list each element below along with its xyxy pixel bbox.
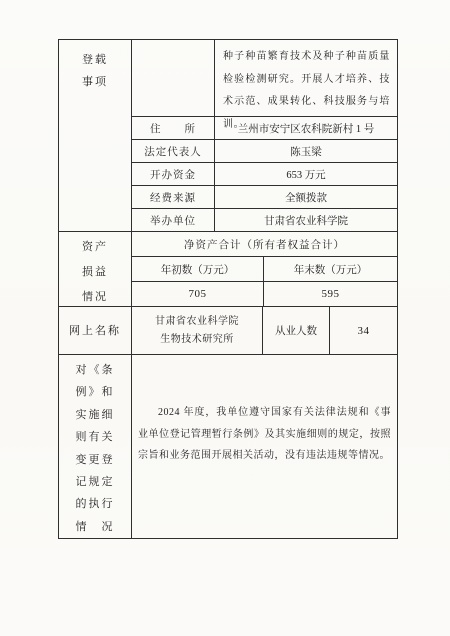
legal-representative-label: 法定代表人	[132, 140, 214, 162]
sponsor-unit-value: 甘肃省农业科学院	[214, 209, 397, 231]
year-end-header: 年末数（万元）	[263, 257, 397, 281]
funding-source-label: 经费来源	[132, 186, 214, 208]
business-scope-row: 种子种苗繁育技术及种子种苗质量检验检测研究。开展人才培养、技术示范、成果转化、科…	[132, 40, 397, 116]
compliance-statement: 2024 年度，我单位遵守国家有关法律法规和《事业单位登记管理暂行条例》及其实施…	[132, 355, 397, 538]
online-name-label: 网上名称	[59, 307, 132, 354]
opening-funds-value: 653 万元	[214, 163, 397, 185]
legal-representative-value: 陈玉梁	[214, 140, 397, 162]
sponsor-unit-row: 举办单位 甘肃省农业科学院	[132, 208, 397, 231]
business-scope-value: 种子种苗繁育技术及种子种苗质量检验检测研究。开展人才培养、技术示范、成果转化、科…	[214, 40, 397, 116]
online-name-value: 甘肃省农业科学院生物技术研究所	[132, 307, 262, 354]
registered-items-section: 登载事项 种子种苗繁育技术及种子种苗质量检验检测研究。开展人才培养、技术示范、成…	[59, 40, 397, 231]
address-row: 住 所 兰州市安宁区农科院新村 1 号	[132, 116, 397, 139]
funding-source-value: 全额拨款	[214, 186, 397, 208]
funding-source-row: 经费来源 全额拨款	[132, 185, 397, 208]
sponsor-unit-label: 举办单位	[132, 209, 214, 231]
online-name-section: 网上名称 甘肃省农业科学院生物技术研究所 从业人数 34	[59, 306, 397, 354]
year-end-value: 595	[263, 282, 397, 306]
compliance-section: 对《条例》和实施细则有关变更登记规定的执行情 况 2024 年度，我单位遵守国家…	[59, 354, 397, 538]
legal-representative-row: 法定代表人 陈玉梁	[132, 139, 397, 162]
assets-value-row: 705 595	[132, 281, 397, 306]
year-start-header: 年初数（万元）	[132, 257, 263, 281]
opening-funds-row: 开办资金 653 万元	[132, 162, 397, 185]
staff-count-label: 从业人数	[262, 307, 329, 354]
staff-count-value: 34	[329, 307, 397, 354]
net-assets-header-row: 净资产合计（所有者权益合计）	[132, 232, 397, 256]
registered-items-body: 种子种苗繁育技术及种子种苗质量检验检测研究。开展人才培养、技术示范、成果转化、科…	[132, 40, 397, 231]
registered-items-label: 登载事项	[59, 40, 132, 231]
document-page: 登载事项 种子种苗繁育技术及种子种苗质量检验检测研究。开展人才培养、技术示范、成…	[0, 0, 450, 636]
address-label: 住 所	[132, 117, 214, 139]
asset-profit-section: 资产损益情况 净资产合计（所有者权益合计） 年初数（万元） 年末数（万元） 70…	[59, 231, 397, 306]
business-scope-label-cell	[132, 40, 214, 116]
year-start-value: 705	[132, 282, 263, 306]
compliance-label: 对《条例》和实施细则有关变更登记规定的执行情 况	[59, 355, 132, 538]
asset-profit-body: 净资产合计（所有者权益合计） 年初数（万元） 年末数（万元） 705 595	[132, 232, 397, 306]
annual-report-table: 登载事项 种子种苗繁育技术及种子种苗质量检验检测研究。开展人才培养、技术示范、成…	[58, 39, 398, 539]
net-assets-header: 净资产合计（所有者权益合计）	[132, 232, 397, 256]
address-value: 兰州市安宁区农科院新村 1 号	[214, 117, 397, 139]
opening-funds-label: 开办资金	[132, 163, 214, 185]
assets-column-header-row: 年初数（万元） 年末数（万元）	[132, 256, 397, 281]
asset-profit-label: 资产损益情况	[59, 232, 132, 306]
